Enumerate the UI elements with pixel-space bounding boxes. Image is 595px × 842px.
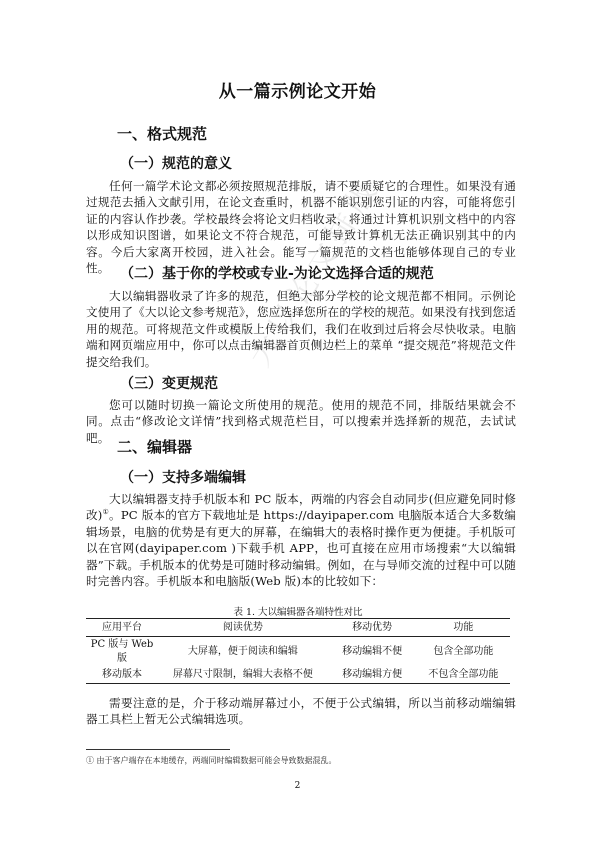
table-cell: 不包含全部功能 — [417, 667, 510, 684]
paragraph-formula-note: 需要注意的是，介于移动端屏幕过小，不便于公式编辑，所以当前移动端编辑器工具栏上暂… — [86, 695, 516, 728]
document-page: 大以论文排版 从一篇示例论文开始 一、格式规范 （一）规范的意义 任何一篇学术论… — [0, 0, 595, 842]
table-caption: 表 1. 大以编辑器各端特性对比 — [86, 604, 510, 618]
table-cell: 包含全部功能 — [417, 637, 510, 668]
subsection-heading-choose-spec: （二）基于你的学校或专业-为论文选择合适的规范 — [120, 263, 434, 283]
table-cell: 移动编辑方便 — [328, 667, 417, 684]
column-header-platform: 应用平台 — [86, 619, 158, 637]
page-number: 2 — [0, 781, 595, 791]
paragraph-choose-spec: 大以编辑器收录了许多的规范，但绝大部分学校的论文规范都不相同。示例论文使用了《大… — [86, 288, 516, 370]
column-header-features: 功能 — [417, 619, 510, 637]
paragraph-meaning: 任何一篇学术论文都必须按照规范排版，请不要质疑它的合理性。如果没有通过规范去插入… — [86, 178, 516, 276]
table-cell: 大屏幕，便于阅读和编辑 — [158, 637, 328, 668]
subsection-heading-meaning: （一）规范的意义 — [120, 153, 232, 173]
paragraph-text-part2: 。PC 版本的官方下载地址是 https://dayipaper.com 电脑版… — [86, 508, 516, 588]
column-header-reading: 阅读优势 — [158, 619, 328, 637]
table-cell: 移动版本 — [86, 667, 158, 684]
section-heading-editor: 二、编辑器 — [117, 436, 192, 457]
document-title: 从一篇示例论文开始 — [0, 77, 595, 102]
table-row: PC 版与 Web 版 大屏幕，便于阅读和编辑 移动编辑不便 包含全部功能 — [86, 637, 510, 668]
column-header-mobile: 移动优势 — [328, 619, 417, 637]
footnote: ① 由于客户端存在本地缓存，两端同时编辑数据可能会导致数据混乱。 — [86, 755, 337, 766]
subsection-heading-multi-platform: （一）支持多端编辑 — [120, 467, 246, 487]
section-heading-format: 一、格式规范 — [117, 123, 207, 144]
table-row: 移动版本 屏幕尺寸限制，编辑大表格不便 移动编辑方便 不包含全部功能 — [86, 667, 510, 684]
footnote-divider — [86, 749, 230, 750]
table-cell: 移动编辑不便 — [328, 637, 417, 668]
table-cell: PC 版与 Web 版 — [86, 637, 158, 668]
table-header-row: 应用平台 阅读优势 移动优势 功能 — [86, 619, 510, 637]
subsection-heading-change-spec: （三）变更规范 — [120, 373, 218, 393]
table-cell: 屏幕尺寸限制，编辑大表格不便 — [158, 667, 328, 684]
paragraph-multi-platform: 大以编辑器支持手机版本和 PC 版本，两端的内容会自动同步(但应避免同时修改)①… — [86, 491, 516, 589]
comparison-table: 应用平台 阅读优势 移动优势 功能 PC 版与 Web 版 大屏幕，便于阅读和编… — [86, 618, 510, 684]
